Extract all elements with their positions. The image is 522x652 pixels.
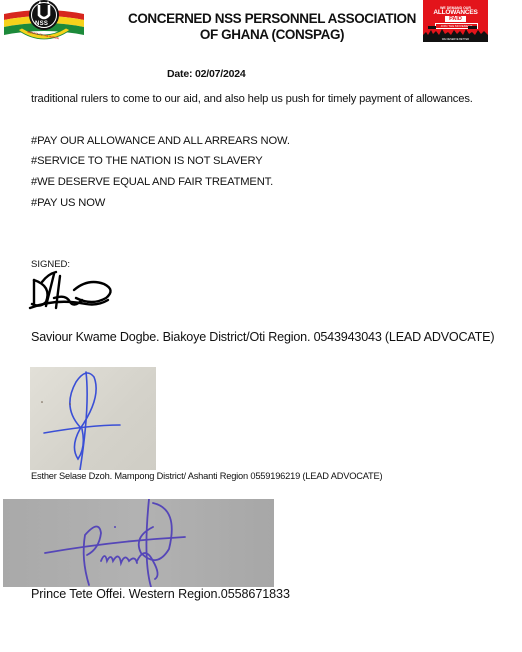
poster-line-2: ALLOWANCES xyxy=(423,9,488,16)
title-line-1: CONCERNED NSS PERSONNEL ASSOCIATION xyxy=(118,11,426,27)
hashtag-line: #PAY OUR ALLOWANCE AND ALL ARREARS NOW. xyxy=(31,135,290,147)
signature-image-2 xyxy=(30,367,156,470)
signer-details: Prince Tete Offei. Western Region.055867… xyxy=(31,587,290,601)
document-date: Date: 02/07/2024 xyxy=(167,68,246,80)
handwritten-signature-icon xyxy=(3,499,274,587)
hashtag-line: #SERVICE TO THE NATION IS NOT SLAVERY xyxy=(31,155,263,167)
poster-paid-badge: PAID xyxy=(445,16,466,22)
title-line-2: OF GHANA (CONSPAG) xyxy=(118,27,426,43)
organization-title: CONCERNED NSS PERSONNEL ASSOCIATION OF G… xyxy=(118,11,426,43)
allowances-poster: WE DEMAND OUR ALLOWANCES PAID JOIN THE M… xyxy=(423,0,488,42)
signature-image-1 xyxy=(26,268,118,312)
hashtag-line: #PAY US NOW xyxy=(31,197,105,209)
poster-footer: WE DESERVE BETTER xyxy=(423,38,488,41)
nss-logo: NSS SERVICE TO THE NATION xyxy=(0,0,88,46)
signer-details: Saviour Kwame Dogbe. Biakoye District/Ot… xyxy=(31,330,494,344)
handwritten-signature-icon xyxy=(26,268,118,312)
signer-details: Esther Selase Dzoh. Mampong District/ As… xyxy=(31,471,382,481)
body-paragraph: traditional rulers to come to our aid, a… xyxy=(31,93,473,105)
signature-image-3 xyxy=(3,499,274,587)
handwritten-signature-icon xyxy=(30,367,156,470)
hashtag-line: #WE DESERVE EQUAL AND FAIR TREATMENT. xyxy=(31,176,273,188)
logo-text: NSS xyxy=(35,21,48,27)
